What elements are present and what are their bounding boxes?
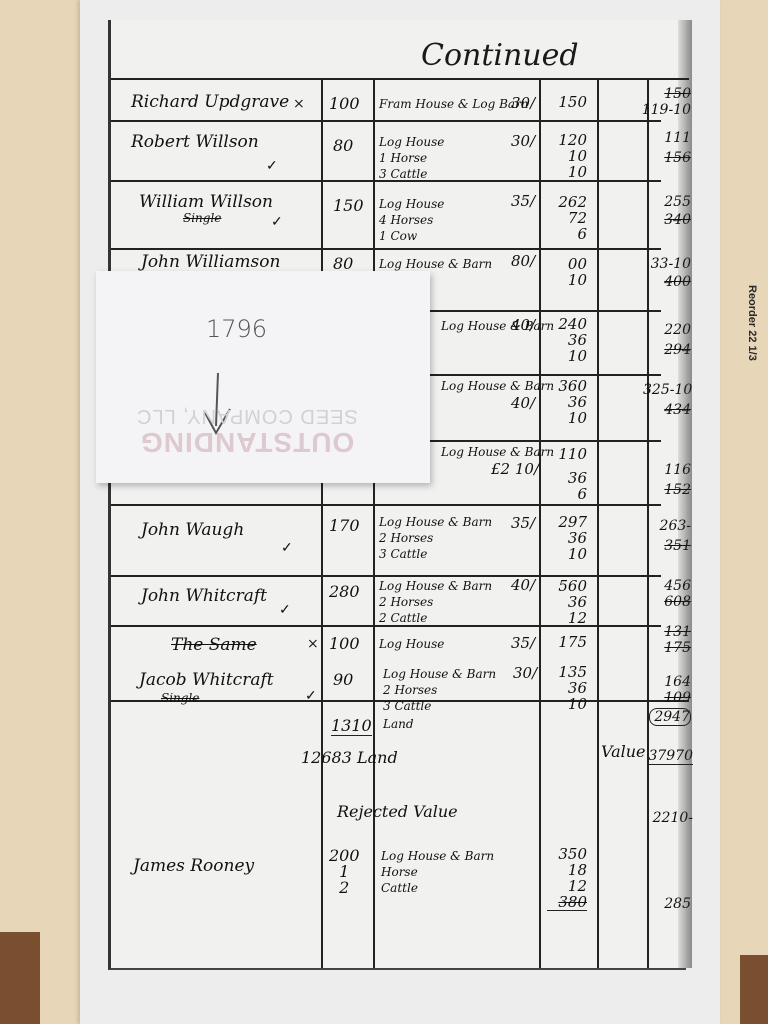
row-acres: 90: [333, 670, 353, 689]
row-total-new: 116: [651, 462, 691, 478]
row-acres: 100: [329, 634, 360, 653]
row-total-new: 164: [651, 674, 691, 690]
row-divider: [111, 248, 661, 250]
row-total-old: 175: [651, 640, 691, 656]
row-acres: 170: [329, 516, 360, 535]
check-mark: ✓: [279, 602, 291, 618]
row-name: John Whitcraft: [141, 586, 267, 606]
row-total-new: 111: [651, 130, 691, 146]
column-total: 2947: [649, 708, 691, 726]
row-total-old: 294: [651, 342, 691, 358]
row-name: John Waugh: [141, 520, 244, 540]
row-total-new: 263-: [651, 518, 691, 534]
row-desc: Log House 4 Horses 1 Cow: [379, 196, 444, 244]
row-acres: 100: [329, 94, 360, 113]
row-divider: [111, 78, 689, 80]
row-desc: Log House & Barn 2 Horses 2 Cattle: [379, 578, 492, 626]
check-mark: ✓: [305, 688, 317, 704]
rejected-heading: Rejected Value: [337, 802, 458, 821]
row-values: 297 36 10: [547, 514, 587, 562]
col-divider-desc: [539, 78, 541, 968]
cross-mark: ×: [293, 96, 305, 112]
row-rate: 80/: [511, 252, 535, 270]
row-name: John Williamson: [141, 252, 280, 272]
value-label: Value: [601, 742, 646, 761]
check-mark: ✓: [266, 158, 278, 174]
row-name: The Same: [171, 635, 257, 655]
acres-label: Land: [383, 716, 414, 732]
row-name: William Willson: [139, 192, 273, 212]
row-rate: £2 10/: [491, 460, 539, 478]
watermark-top: SEED COMPANY, LLC: [136, 404, 358, 427]
col-divider-acres: [373, 78, 375, 968]
row-total-old: 109: [651, 690, 691, 706]
col-divider-total: [647, 78, 649, 968]
row-total-new: 33-10: [647, 256, 691, 272]
row-desc: Log House 1 Horse 3 Cattle: [379, 134, 444, 182]
row-desc: Log House: [379, 636, 444, 652]
row-values: 135 36 10: [547, 664, 587, 712]
row-values: 110 36 6: [547, 446, 587, 502]
col-divider-name: [321, 78, 323, 968]
row-rate: 30/: [511, 94, 535, 112]
after-value-total: 2210-: [649, 810, 693, 826]
row-desc: Fram House & Log Barn: [379, 96, 529, 112]
row-total-new: 119-10: [641, 102, 691, 118]
value-total: 37970: [647, 748, 693, 765]
row-desc: Log House & Barn: [441, 444, 554, 460]
row-values: 00 10: [547, 256, 587, 288]
row-total-old: 150: [651, 86, 691, 102]
row-value: 175: [547, 634, 587, 650]
row-total-old: 351: [651, 538, 691, 554]
folder-label: GLOBE-WEIS 62 Reorder 22 1/3: [718, 285, 768, 405]
row-total-new: 255: [651, 194, 691, 210]
row-acres: 80: [333, 136, 353, 155]
row-name-note: Single: [183, 210, 221, 226]
row-name: Robert Willson: [131, 132, 259, 152]
row-values: 360 36 10: [547, 378, 587, 426]
row-divider: [111, 120, 661, 122]
row-rate: 40/: [511, 576, 535, 594]
grand-acres-label: Land: [357, 748, 398, 767]
row-rate: 35/: [511, 192, 535, 210]
sticky-note: 1796 SEED COMPANY, LLC OUTSTANDING: [96, 271, 430, 483]
row-desc: Log House & Barn 2 Horses 3 Cattle: [383, 666, 496, 714]
row-total-new: 131: [651, 624, 691, 640]
row-total-old: 608: [651, 594, 691, 610]
row-value: 150: [547, 94, 587, 110]
row-acres: 150: [333, 196, 364, 215]
row-rate: 40/: [511, 316, 535, 334]
ledger-page: Continued Richard Updgrave × 100 Fram Ho…: [108, 20, 686, 970]
row-total-old: 434: [651, 402, 691, 418]
col-divider-value: [597, 78, 599, 968]
desk-surface-left: [0, 932, 40, 1024]
row-desc: Log House & Barn: [441, 378, 554, 394]
page-heading: Continued: [421, 38, 579, 73]
row-total-old: 340: [651, 212, 691, 228]
row-acres: 280: [329, 582, 360, 601]
row-rate: 30/: [513, 664, 537, 682]
row-rate: 40/: [511, 394, 535, 412]
check-mark: ✓: [271, 214, 283, 230]
row-values: 240 36 10: [547, 316, 587, 364]
rejected-acres: 200 1 2: [329, 848, 360, 896]
row-rate: 30/: [511, 132, 535, 150]
row-rate: 35/: [511, 514, 535, 532]
acres-total: 1310: [331, 716, 372, 736]
cross-mark: ×: [307, 636, 319, 652]
row-divider: [111, 504, 661, 506]
row-total-new: 456: [651, 578, 691, 594]
grand-acres: 12683: [301, 748, 352, 767]
row-desc: Log House & Barn: [441, 318, 554, 334]
row-total-new: 220: [651, 322, 691, 338]
row-values: 120 10 10: [547, 132, 587, 180]
rejected-desc: Log House & Barn Horse Cattle: [381, 848, 494, 896]
row-total-old: 400: [651, 274, 691, 290]
rejected-name: James Rooney: [133, 856, 254, 876]
row-name: Richard Updgrave: [131, 92, 289, 112]
row-values: 560 36 12: [547, 578, 587, 626]
rejected-total: 285: [651, 896, 691, 912]
sticky-year: 1796: [206, 315, 267, 343]
desk-surface-right: [740, 955, 768, 1024]
watermark-bottom: OUTSTANDING: [140, 426, 354, 458]
row-rate: 35/: [511, 634, 535, 652]
row-name: Jacob Whitcraft: [139, 670, 274, 690]
row-values: 262 72 6: [547, 194, 587, 242]
row-total-old: 152: [651, 482, 691, 498]
row-name-note: Single: [161, 690, 199, 706]
row-total-old: 156: [651, 150, 691, 166]
folder-reorder: Reorder 22 1/3: [746, 285, 758, 361]
row-desc: Log House & Barn: [379, 256, 492, 272]
row-desc: Log House & Barn 2 Horses 3 Cattle: [379, 514, 492, 562]
row-total-new: 325-10: [643, 382, 691, 398]
check-mark: ✓: [281, 540, 293, 556]
rejected-values: 350 18 12 380: [547, 846, 587, 911]
